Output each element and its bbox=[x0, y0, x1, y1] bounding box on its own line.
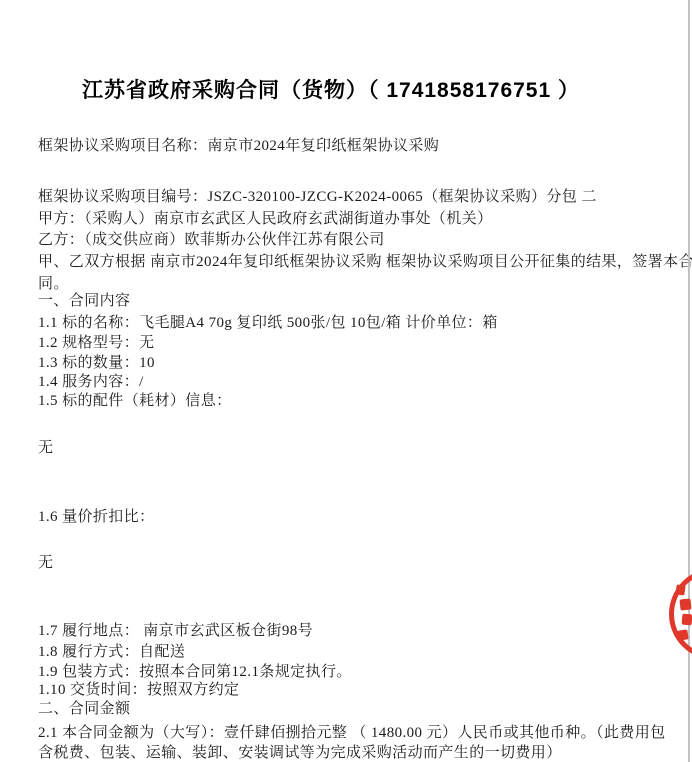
clause-2-1-line-2: 含税费、包装、运输、装卸、安装调试等为完成采购活动而产生的一切费用） bbox=[38, 744, 668, 762]
party-a-line: 甲方：（采购人）南京市玄武区人民政府玄武湖街道办事处（机关） bbox=[38, 210, 668, 228]
clause-2-1-line-1: 2.1 本合同金额为（大写）：壹仟肆佰捌拾元整 （ 1480.00 元）人民币或… bbox=[38, 724, 668, 742]
contract-title: 江苏省政府采购合同（货物）（ 1741858176751 ） bbox=[0, 74, 662, 104]
clause-1-6-value: 无 bbox=[38, 554, 668, 572]
clause-1-4: 1.4 服务内容：/ bbox=[38, 373, 668, 391]
preamble-line-2: 同。 bbox=[38, 275, 668, 293]
project-name-line: 框架协议采购项目名称：南京市2024年复印纸框架协议采购 bbox=[38, 137, 668, 155]
clause-1-10: 1.10 交货时间：按照双方约定 bbox=[38, 681, 668, 699]
clause-1-9: 1.9 包装方式：按照本合同第12.1条规定执行。 bbox=[38, 663, 668, 681]
preamble-line-1: 甲、乙双方根据 南京市2024年复印纸框架协议采购 框架协议采购项目公开征集的结… bbox=[38, 253, 668, 271]
project-number-line: 框架协议采购项目编号：JSZC-320100-JZCG-K2024-0065（框… bbox=[38, 188, 668, 206]
clause-1-1: 1.1 标的名称：飞毛腿A4 70g 复印纸 500张/包 10包/箱 计价单位… bbox=[38, 314, 668, 332]
clause-1-8: 1.8 履行方式：自配送 bbox=[38, 643, 668, 661]
clause-1-5-value: 无 bbox=[38, 439, 668, 457]
seal-glyph bbox=[675, 584, 685, 595]
seal-glyph bbox=[677, 629, 688, 640]
clause-1-2: 1.2 规格型号：无 bbox=[38, 334, 668, 352]
clause-1-6: 1.6 量价折扣比： bbox=[38, 508, 668, 526]
party-b-line: 乙方：（成交供应商）欧菲斯办公伙伴江苏有限公司 bbox=[38, 231, 668, 249]
clause-1-7: 1.7 履行地点： 南京市玄武区板仓街98号 bbox=[38, 622, 668, 640]
section-2-heading: 二、合同金额 bbox=[38, 700, 668, 718]
section-1-heading: 一、合同内容 bbox=[38, 292, 668, 310]
clause-1-5: 1.5 标的配件（耗材）信息： bbox=[38, 392, 668, 410]
clause-1-3: 1.3 标的数量：10 bbox=[38, 354, 668, 372]
seal-glyph bbox=[682, 614, 692, 626]
seal-glyph bbox=[679, 598, 691, 610]
